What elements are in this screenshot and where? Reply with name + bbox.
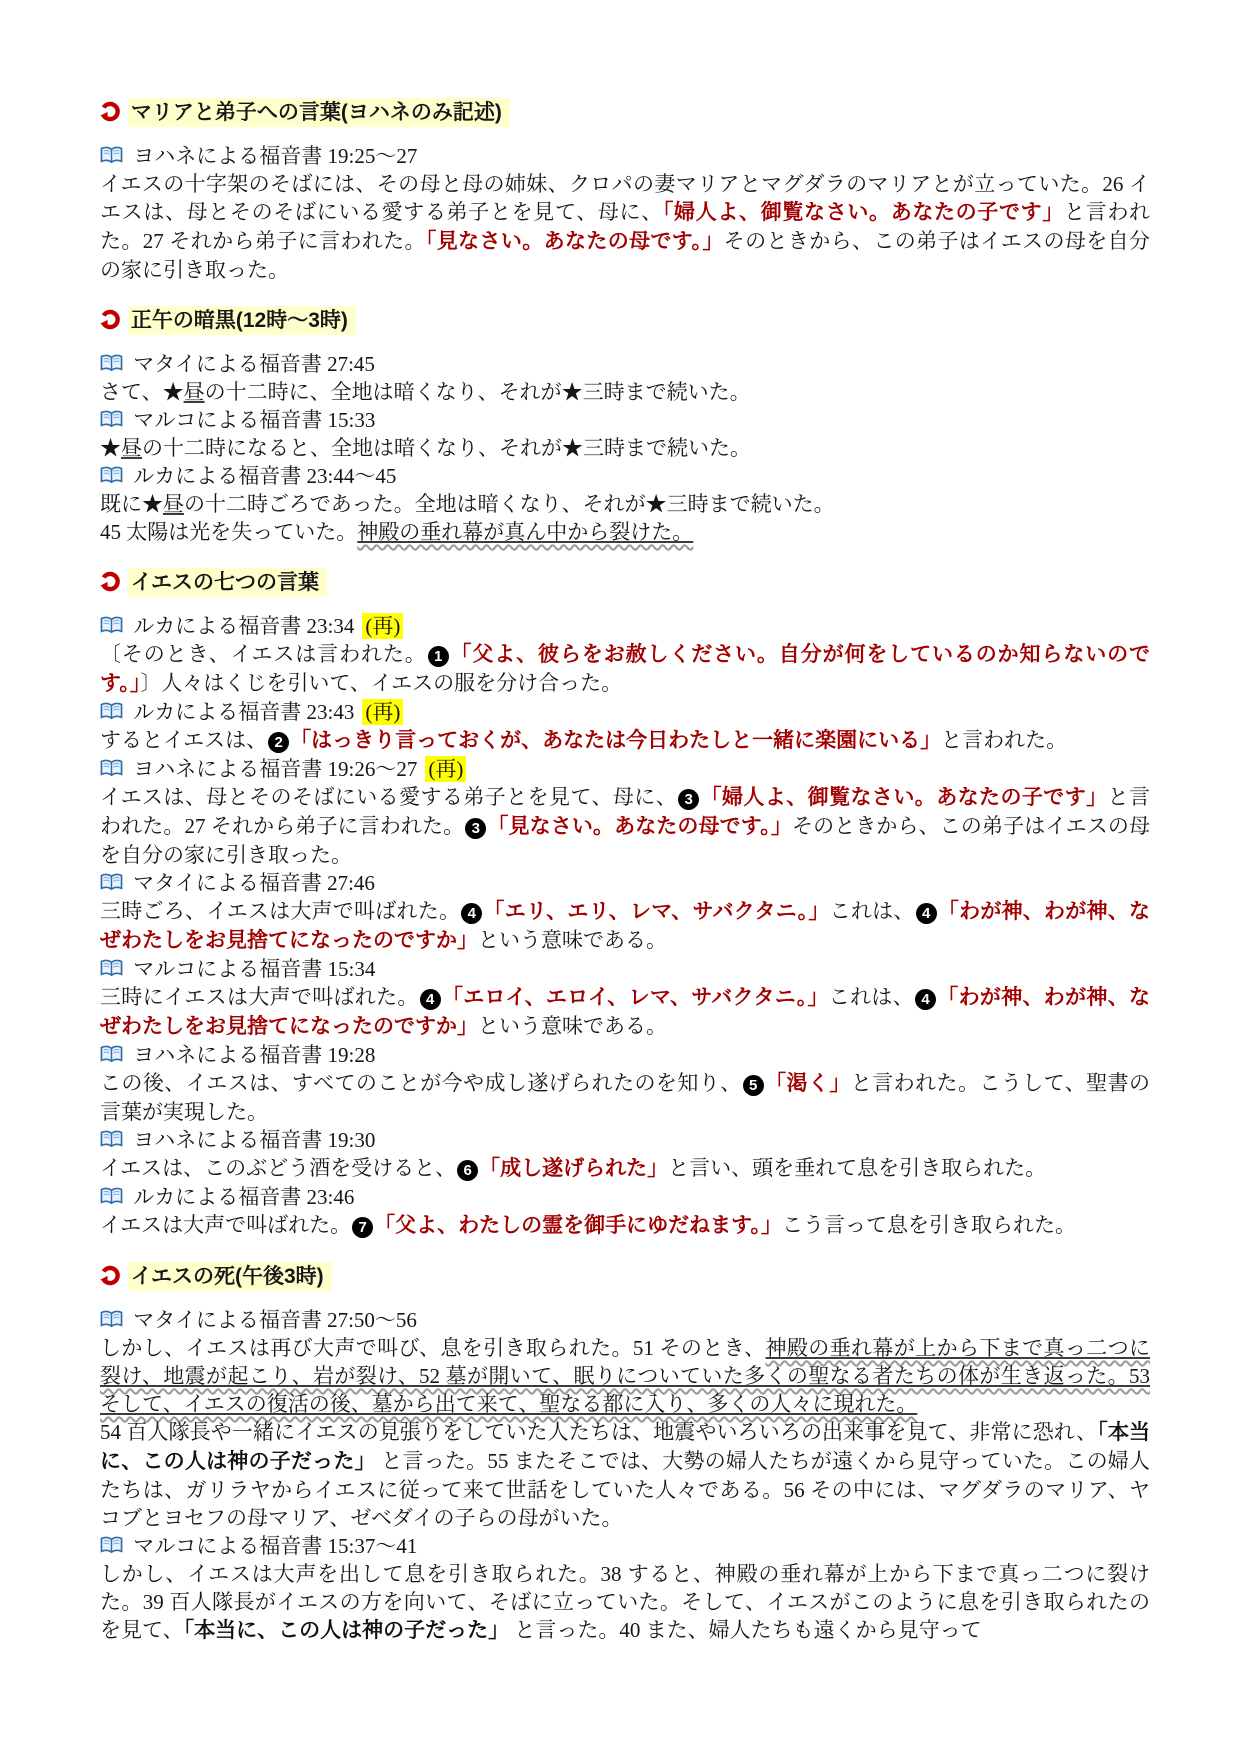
plain-text: と言い、頭を垂れて息を引き取られた。 <box>668 1156 1046 1180</box>
section-heading-label: イエスの七つの言葉 <box>128 568 327 597</box>
red-quote-text: 「はっきり言っておくが、あなたは今日わたしと一緒に楽園にいる」 <box>290 729 941 752</box>
plain-text: 三時にイエスは大声で叫ばれた。 <box>100 985 419 1009</box>
open-book-icon <box>100 1128 123 1147</box>
bold-quote-text: 「本当に、この人は神の子だった」 <box>184 1619 510 1642</box>
open-book-icon <box>100 614 123 633</box>
numbered-circle-icon: 3 <box>678 789 699 810</box>
open-book-icon <box>100 144 123 163</box>
section-heading-label: 正午の暗黒(12時〜3時) <box>128 306 356 335</box>
open-book-icon <box>100 352 123 371</box>
scripture-reference: ヨハネによる福音書 19:26〜27(再) <box>100 755 1150 783</box>
section-heading: イエスの七つの言葉 <box>100 568 1150 598</box>
scripture-reference: マルコによる福音書 15:33 <box>100 406 1150 434</box>
numbered-circle-icon: 3 <box>465 818 486 839</box>
document-page: マリアと弟子への言葉(ヨハネのみ記述) ヨハネによる福音書 19:25〜27イエ… <box>0 0 1240 1755</box>
plain-text: さて、★ <box>100 380 184 404</box>
verse-paragraph: 三時ごろ、イエスは大声で叫ばれた。4「エリ、エリ、レマ、サバクタニ。」これは、4… <box>100 897 1150 955</box>
verse-paragraph: 三時にイエスは大声で叫ばれた。4「エロイ、エロイ、レマ、サバクタニ。」これは、4… <box>100 983 1150 1041</box>
underlined-char: 昼 <box>184 380 205 404</box>
scripture-reference-label: ヨハネによる福音書 19:25〜27 <box>133 144 417 168</box>
section-heading: イエスの死(午後3時) <box>100 1262 1150 1292</box>
underlined-char: 昼 <box>121 436 142 460</box>
numbered-circle-icon: 4 <box>420 989 441 1010</box>
scripture-reference-label: マルコによる福音書 15:37〜41 <box>133 1534 417 1558</box>
plain-text: こう言って息を引き取られた。 <box>782 1213 1076 1237</box>
numbered-circle-icon: 4 <box>916 903 937 924</box>
plain-text: これは、 <box>830 899 915 923</box>
repeat-badge: (再) <box>425 756 466 782</box>
verse-paragraph: イエスは大声で叫ばれた。7「父よ、わたしの霊を御手にゆだねます。」こう言って息を… <box>100 1211 1150 1240</box>
underlined-char: 昼 <box>163 492 184 516</box>
plain-text: 三時ごろ、イエスは大声で叫ばれた。 <box>100 899 460 923</box>
plain-text: ★ <box>100 436 121 460</box>
plain-text: の十二時に、全地は暗くなり、それが★三時まで続いた。 <box>205 380 751 404</box>
scripture-reference-label: ルカによる福音書 23:43 <box>133 700 354 724</box>
scripture-reference-label: ヨハネによる福音書 19:26〜27 <box>133 757 417 781</box>
plain-text: という意味である。 <box>478 1014 667 1038</box>
plain-text: 既に★ <box>100 492 163 516</box>
numbered-circle-icon: 4 <box>915 989 936 1010</box>
red-quote-text: 「見なさい。あなたの母です。」 <box>426 230 724 253</box>
scripture-reference-label: ルカによる福音書 23:34 <box>133 614 354 638</box>
red-quote-text: 「エリ、エリ、レマ、サバクタニ。」 <box>483 900 829 923</box>
verse-paragraph: ★昼の十二時になると、全地は暗くなり、それが★三時まで続いた。 <box>100 434 1150 462</box>
red-quote-text: 「婦人よ、御覧なさい。あなたの子です」 <box>663 201 1064 224</box>
section-heading: 正午の暗黒(12時〜3時) <box>100 306 1150 336</box>
numbered-circle-icon: 6 <box>457 1160 478 1181</box>
open-book-icon <box>100 957 123 976</box>
verse-paragraph: 〔そのとき、イエスは言われた。1「父よ、彼らをお赦しください。自分が何をしている… <box>100 640 1150 698</box>
verse-paragraph: この後、イエスは、すべてのことが今や成し遂げられたのを知り、5「渇く」と言われた… <box>100 1069 1150 1126</box>
plain-text: これは、 <box>829 985 914 1009</box>
scripture-reference: ルカによる福音書 23:43(再) <box>100 698 1150 726</box>
section-heading: マリアと弟子への言葉(ヨハネのみ記述) <box>100 98 1150 128</box>
verse-paragraph: するとイエスは、2「はっきり言っておくが、あなたは今日わたしと一緒に楽園にいる」… <box>100 726 1150 755</box>
section-heading-label: マリアと弟子への言葉(ヨハネのみ記述) <box>128 98 510 127</box>
red-quote-text: 「エロイ、エロイ、レマ、サバクタニ。」 <box>442 986 829 1009</box>
scripture-reference: ルカによる福音書 23:44〜45 <box>100 462 1150 490</box>
plain-text: と言われた。 <box>941 728 1067 752</box>
plain-text: するとイエスは、 <box>100 728 267 752</box>
red-quote-text: 「成し遂げられた」 <box>479 1157 668 1180</box>
plain-text: の十二時になると、全地は暗くなり、それが★三時まで続いた。 <box>142 436 751 460</box>
open-book-icon <box>100 1534 123 1553</box>
open-book-icon <box>100 700 123 719</box>
open-book-icon <box>100 871 123 890</box>
circular-arrow-icon <box>100 571 121 592</box>
circular-arrow-icon <box>100 309 121 330</box>
scripture-reference: マタイによる福音書 27:45 <box>100 350 1150 378</box>
scripture-reference-label: マルコによる福音書 15:34 <box>133 957 375 981</box>
scripture-reference-label: マタイによる福音書 27:45 <box>133 352 375 376</box>
plain-text: この後、イエスは、すべてのことが今や成し遂げられたのを知り、 <box>100 1071 742 1095</box>
plain-text: 45 太陽は光を失っていた。 <box>100 520 357 544</box>
verse-paragraph: イエスは、母とそのそばにいる愛する弟子とを見て、母に、3「婦人よ、御覧なさい。あ… <box>100 783 1150 869</box>
numbered-circle-icon: 7 <box>352 1217 373 1238</box>
numbered-circle-icon: 4 <box>461 903 482 924</box>
circular-arrow-icon <box>100 101 121 122</box>
scripture-reference-label: マルコによる福音書 15:33 <box>133 408 375 432</box>
scripture-reference: マタイによる福音書 27:46 <box>100 869 1150 897</box>
section-heading-label: イエスの死(午後3時) <box>128 1262 332 1291</box>
plain-text: という意味である。 <box>478 928 667 952</box>
scripture-reference-label: ルカによる福音書 23:44〜45 <box>133 464 396 488</box>
open-book-icon <box>100 464 123 483</box>
red-quote-text: 「婦人よ、御覧なさい。あなたの子です」 <box>700 786 1107 809</box>
scripture-reference: マルコによる福音書 15:37〜41 <box>100 1532 1150 1560</box>
open-book-icon <box>100 1308 123 1327</box>
red-quote-text: 「渇く」 <box>765 1072 851 1095</box>
plain-text: 〔そのとき、イエスは言われた。 <box>100 642 427 666</box>
underlined-text-inner: 神殿の垂れ幕が真ん中から裂けた。 <box>357 520 693 544</box>
plain-text: イエスは、このぶどう酒を受けると、 <box>100 1156 456 1180</box>
open-book-icon <box>100 1043 123 1062</box>
scripture-reference: ヨハネによる福音書 19:30 <box>100 1126 1150 1154</box>
scripture-reference: ヨハネによる福音書 19:25〜27 <box>100 142 1150 170</box>
verse-paragraph: さて、★昼の十二時に、全地は暗くなり、それが★三時まで続いた。 <box>100 378 1150 406</box>
repeat-badge: (再) <box>362 699 403 725</box>
scripture-reference-label: ヨハネによる福音書 19:28 <box>133 1043 375 1067</box>
numbered-circle-icon: 5 <box>743 1075 764 1096</box>
open-book-icon <box>100 408 123 427</box>
verse-paragraph: しかし、イエスは大声を出して息を引き取られた。38 すると、神殿の垂れ幕が上から… <box>100 1560 1150 1645</box>
plain-text: 〕人々はくじを引いて、イエスの服を分け合った。 <box>140 671 622 695</box>
plain-text: イエスは大声で叫ばれた。 <box>100 1213 351 1237</box>
scripture-reference: ルカによる福音書 23:46 <box>100 1183 1150 1211</box>
circular-arrow-icon <box>100 1265 121 1286</box>
plain-text: 54 百人隊長や一緒にイエスの見張りをしていた人たちは、地震やいろいろの出来事を… <box>100 1420 1097 1444</box>
verse-paragraph: イエスは、このぶどう酒を受けると、6「成し遂げられた」と言い、頭を垂れて息を引き… <box>100 1154 1150 1183</box>
repeat-badge: (再) <box>362 613 403 639</box>
scripture-reference-label: マタイによる福音書 27:50〜56 <box>133 1308 417 1332</box>
scripture-reference-label: ルカによる福音書 23:46 <box>133 1185 354 1209</box>
plain-text: しかし、イエスは再び大声で叫び、息を引き取られた。51 そのとき、 <box>100 1336 766 1360</box>
scripture-reference-label: ヨハネによる福音書 19:30 <box>133 1128 375 1152</box>
verse-paragraph: しかし、イエスは再び大声で叫び、息を引き取られた。51 そのとき、神殿の垂れ幕が… <box>100 1334 1150 1532</box>
document-content: マリアと弟子への言葉(ヨハネのみ記述) ヨハネによる福音書 19:25〜27イエ… <box>100 98 1150 1645</box>
scripture-reference: マルコによる福音書 15:34 <box>100 955 1150 983</box>
verse-paragraph: イエスの十字架のそばには、その母と母の姉妹、クロパの妻マリアとマグダラのマリアと… <box>100 170 1150 284</box>
verse-paragraph: 既に★昼の十二時ごろであった。全地は暗くなり、それが★三時まで続いた。45 太陽… <box>100 490 1150 546</box>
underlined-text: 神殿の垂れ幕が真ん中から裂けた。 <box>357 520 693 544</box>
red-quote-text: 「父よ、わたしの霊を御手にゆだねます。」 <box>374 1214 782 1237</box>
open-book-icon <box>100 757 123 776</box>
scripture-reference: ヨハネによる福音書 19:28 <box>100 1041 1150 1069</box>
numbered-circle-icon: 1 <box>428 646 449 667</box>
plain-text: イエスは、母とそのそばにいる愛する弟子とを見て、母に、 <box>100 785 677 809</box>
plain-text: と言った。40 また、婦人たちも遠くから見守って <box>509 1618 982 1642</box>
numbered-circle-icon: 2 <box>268 732 289 753</box>
open-book-icon <box>100 1185 123 1204</box>
red-quote-text: 「見なさい。あなたの母です。」 <box>487 815 792 838</box>
plain-text: の十二時ごろであった。全地は暗くなり、それが★三時まで続いた。 <box>184 492 835 516</box>
scripture-reference: マタイによる福音書 27:50〜56 <box>100 1306 1150 1334</box>
scripture-reference: ルカによる福音書 23:34(再) <box>100 612 1150 640</box>
scripture-reference-label: マタイによる福音書 27:46 <box>133 871 375 895</box>
